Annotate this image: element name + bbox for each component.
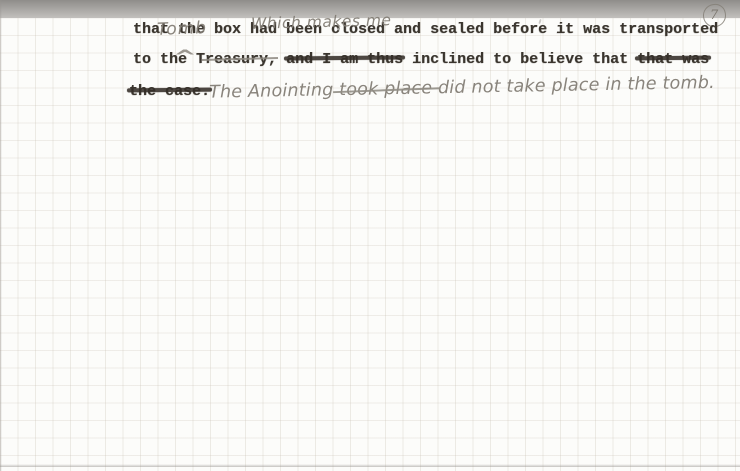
handwritten-correction-tomb: Tomb <box>157 18 208 40</box>
stray-ink-dot <box>337 27 340 30</box>
paper-bottom-edge-shadow <box>0 464 740 467</box>
handwritten-correction-which-makes-me: Which makes me <box>251 11 392 33</box>
handwritten-took-place-struck: took place <box>339 78 432 100</box>
handwritten-sentence: The Anointing took place did not take pl… <box>185 53 715 123</box>
scanned-manuscript-page: 7 that the box had been closed and seale… <box>0 0 740 471</box>
paper-left-edge-shadow <box>0 0 2 471</box>
handwritten-sentence-end: did not take place in the tomb. <box>432 73 715 98</box>
handwritten-sentence-start: The Anointing <box>209 80 339 102</box>
